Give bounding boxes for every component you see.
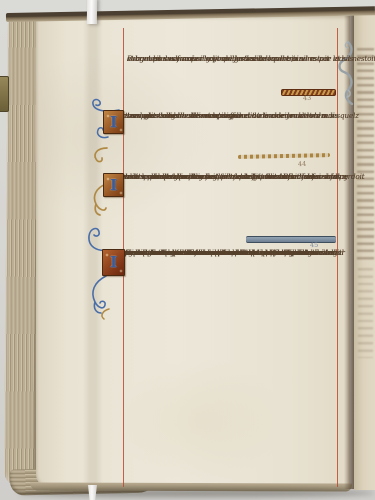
facing-page-faint-text — [357, 48, 374, 262]
grey-cadel-flourish-icon — [334, 40, 358, 106]
margin-number: 45 — [310, 241, 319, 250]
book-shadow — [18, 489, 375, 497]
margin-number: 43 — [303, 94, 312, 103]
initial-letter: I — [110, 255, 117, 270]
gold-flourish-icon — [99, 307, 111, 321]
illuminated-initial: I — [103, 110, 124, 134]
manuscript-text-line: quittes dudit collier aultrement non — [111, 110, 236, 121]
blue-flourish-icon — [86, 222, 110, 252]
gold-flourish-icon — [92, 146, 108, 164]
page-holder-strip-bottom — [88, 485, 97, 500]
manuscript-photo: I I I De rendre ou envoier ledit collier… — [0, 0, 375, 500]
manuscript-text-line: souverain que lesdits deux chevaliers es… — [109, 248, 344, 258]
page-crease — [83, 20, 103, 486]
initial-letter: I — [110, 178, 117, 193]
initial-letter: I — [110, 115, 117, 130]
book-clasp — [0, 76, 9, 112]
manuscript-text-line: apres ou le plustot que bonnement faire … — [109, 172, 289, 183]
manuscript-text-line: et conseil des freres et compaignons de … — [127, 53, 294, 65]
illuminated-initial: I — [103, 173, 124, 197]
page-holder-strip-top — [87, 0, 97, 24]
margin-number: 44 — [298, 160, 307, 169]
blue-grey-line-filler — [246, 236, 336, 243]
facing-page-faint-text — [358, 268, 373, 358]
illuminated-initial: I — [102, 249, 125, 276]
